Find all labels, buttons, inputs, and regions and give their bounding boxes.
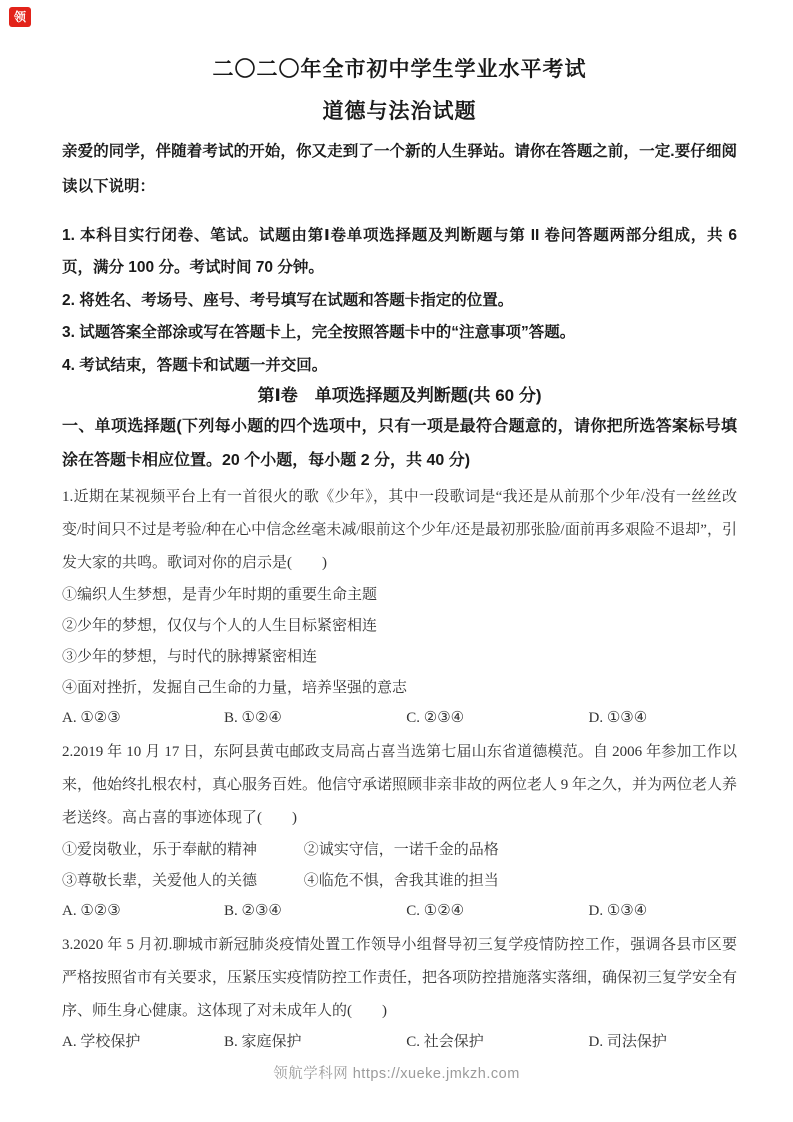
instruction-item-2: 2. 将姓名、考场号、座号、考号填写在试题和答题卡指定的位置。 xyxy=(62,285,737,318)
section-1-title: 第Ⅰ卷 单项选择题及判断题(共 60 分) xyxy=(62,382,737,410)
question-2-choice-a: A. ①②③ xyxy=(62,897,224,926)
instructions-list: 1. 本科目实行闭卷、笔试。试题由第Ⅰ卷单项选择题及判断题与第 II 卷问答题两… xyxy=(62,220,737,383)
question-1-statement-4: ④面对挫折，发掘自己生命的力量，培养坚强的意志 xyxy=(62,673,737,704)
exam-title: 二〇二〇年全市初中学生学业水平考试 xyxy=(62,56,737,84)
question-3-choice-a: A. 学校保护 xyxy=(62,1028,224,1057)
watermark: 领航学科网 https://xueke.jmkzh.com xyxy=(0,1062,793,1083)
question-2-statement-3: ③尊敬长辈，关爱他人的关德 xyxy=(62,866,300,897)
question-2-stem: 2.2019 年 10 月 17 日，东阿县黄屯邮政支局高占喜当选第七届山东省道… xyxy=(62,736,737,835)
question-1-statement-2: ②少年的梦想，仅仅与个人的人生目标紧密相连 xyxy=(62,611,737,642)
instruction-item-1: 1. 本科目实行闭卷、笔试。试题由第Ⅰ卷单项选择题及判断题与第 II 卷问答题两… xyxy=(62,220,737,285)
intro-paragraph: 亲爱的同学，伴随着考试的开始，你又走到了一个新的人生驿站。请你在答题之前，一定.… xyxy=(62,134,737,204)
instruction-item-3: 3. 试题答案全部涂或写在答题卡上，完全按照答题卡中的“注意事项”答题。 xyxy=(62,317,737,350)
question-1-choice-b: B. ①②④ xyxy=(224,704,406,733)
question-1-statement-1: ①编织人生梦想，是青少年时期的重要生命主题 xyxy=(62,580,737,611)
question-3-stem: 3.2020 年 5 月初.聊城市新冠肺炎疫情处置工作领导小组督导初三复学疫情防… xyxy=(62,929,737,1028)
question-1-choice-c: C. ②③④ xyxy=(406,704,588,733)
question-2-statement-4: ④临危不惧，舍我其谁的担当 xyxy=(304,873,499,889)
exam-subtitle: 道德与法治试题 xyxy=(62,98,737,126)
question-2-statement-row-2: ③尊敬长辈，关爱他人的关德 ④临危不惧，舍我其谁的担当 xyxy=(62,866,737,897)
part-1-heading: 一、单项选择题(下列每小题的四个选项中，只有一项是最符合题意的，请你把所选答案标… xyxy=(62,410,737,478)
question-2-choices: A. ①②③ B. ②③④ C. ①②④ D. ①③④ xyxy=(62,897,737,926)
question-1-choice-d: D. ①③④ xyxy=(589,704,738,733)
exam-page: 二〇二〇年全市初中学生学业水平考试 道德与法治试题 亲爱的同学，伴随着考试的开始… xyxy=(0,0,793,1057)
question-1: 1.近期在某视频平台上有一首很火的歌《少年》，其中一段歌词是“我还是从前那个少年… xyxy=(62,481,737,733)
question-1-stem: 1.近期在某视频平台上有一首很火的歌《少年》，其中一段歌词是“我还是从前那个少年… xyxy=(62,481,737,580)
question-1-choice-a: A. ①②③ xyxy=(62,704,224,733)
question-2-statement-row-1: ①爱岗敬业，乐于奉献的精神 ②诚实守信，一诺千金的品格 xyxy=(62,835,737,866)
question-3-choice-c: C. 社会保护 xyxy=(406,1028,588,1057)
question-2: 2.2019 年 10 月 17 日，东阿县黄屯邮政支局高占喜当选第七届山东省道… xyxy=(62,736,737,926)
question-2-choice-d: D. ①③④ xyxy=(589,897,738,926)
question-2-choice-b: B. ②③④ xyxy=(224,897,406,926)
question-1-choices: A. ①②③ B. ①②④ C. ②③④ D. ①③④ xyxy=(62,704,737,733)
question-2-statement-2: ②诚实守信，一诺千金的品格 xyxy=(304,842,499,858)
question-3-choice-d: D. 司法保护 xyxy=(589,1028,738,1057)
question-3: 3.2020 年 5 月初.聊城市新冠肺炎疫情处置工作领导小组督导初三复学疫情防… xyxy=(62,929,737,1057)
question-2-choice-c: C. ①②④ xyxy=(406,897,588,926)
question-3-choice-b: B. 家庭保护 xyxy=(224,1028,406,1057)
question-3-choices: A. 学校保护 B. 家庭保护 C. 社会保护 D. 司法保护 xyxy=(62,1028,737,1057)
question-1-statement-3: ③少年的梦想，与时代的脉搏紧密相连 xyxy=(62,642,737,673)
question-2-statement-1: ①爱岗敬业，乐于奉献的精神 xyxy=(62,835,300,866)
instruction-item-4: 4. 考试结束，答题卡和试题一并交回。 xyxy=(62,350,737,383)
